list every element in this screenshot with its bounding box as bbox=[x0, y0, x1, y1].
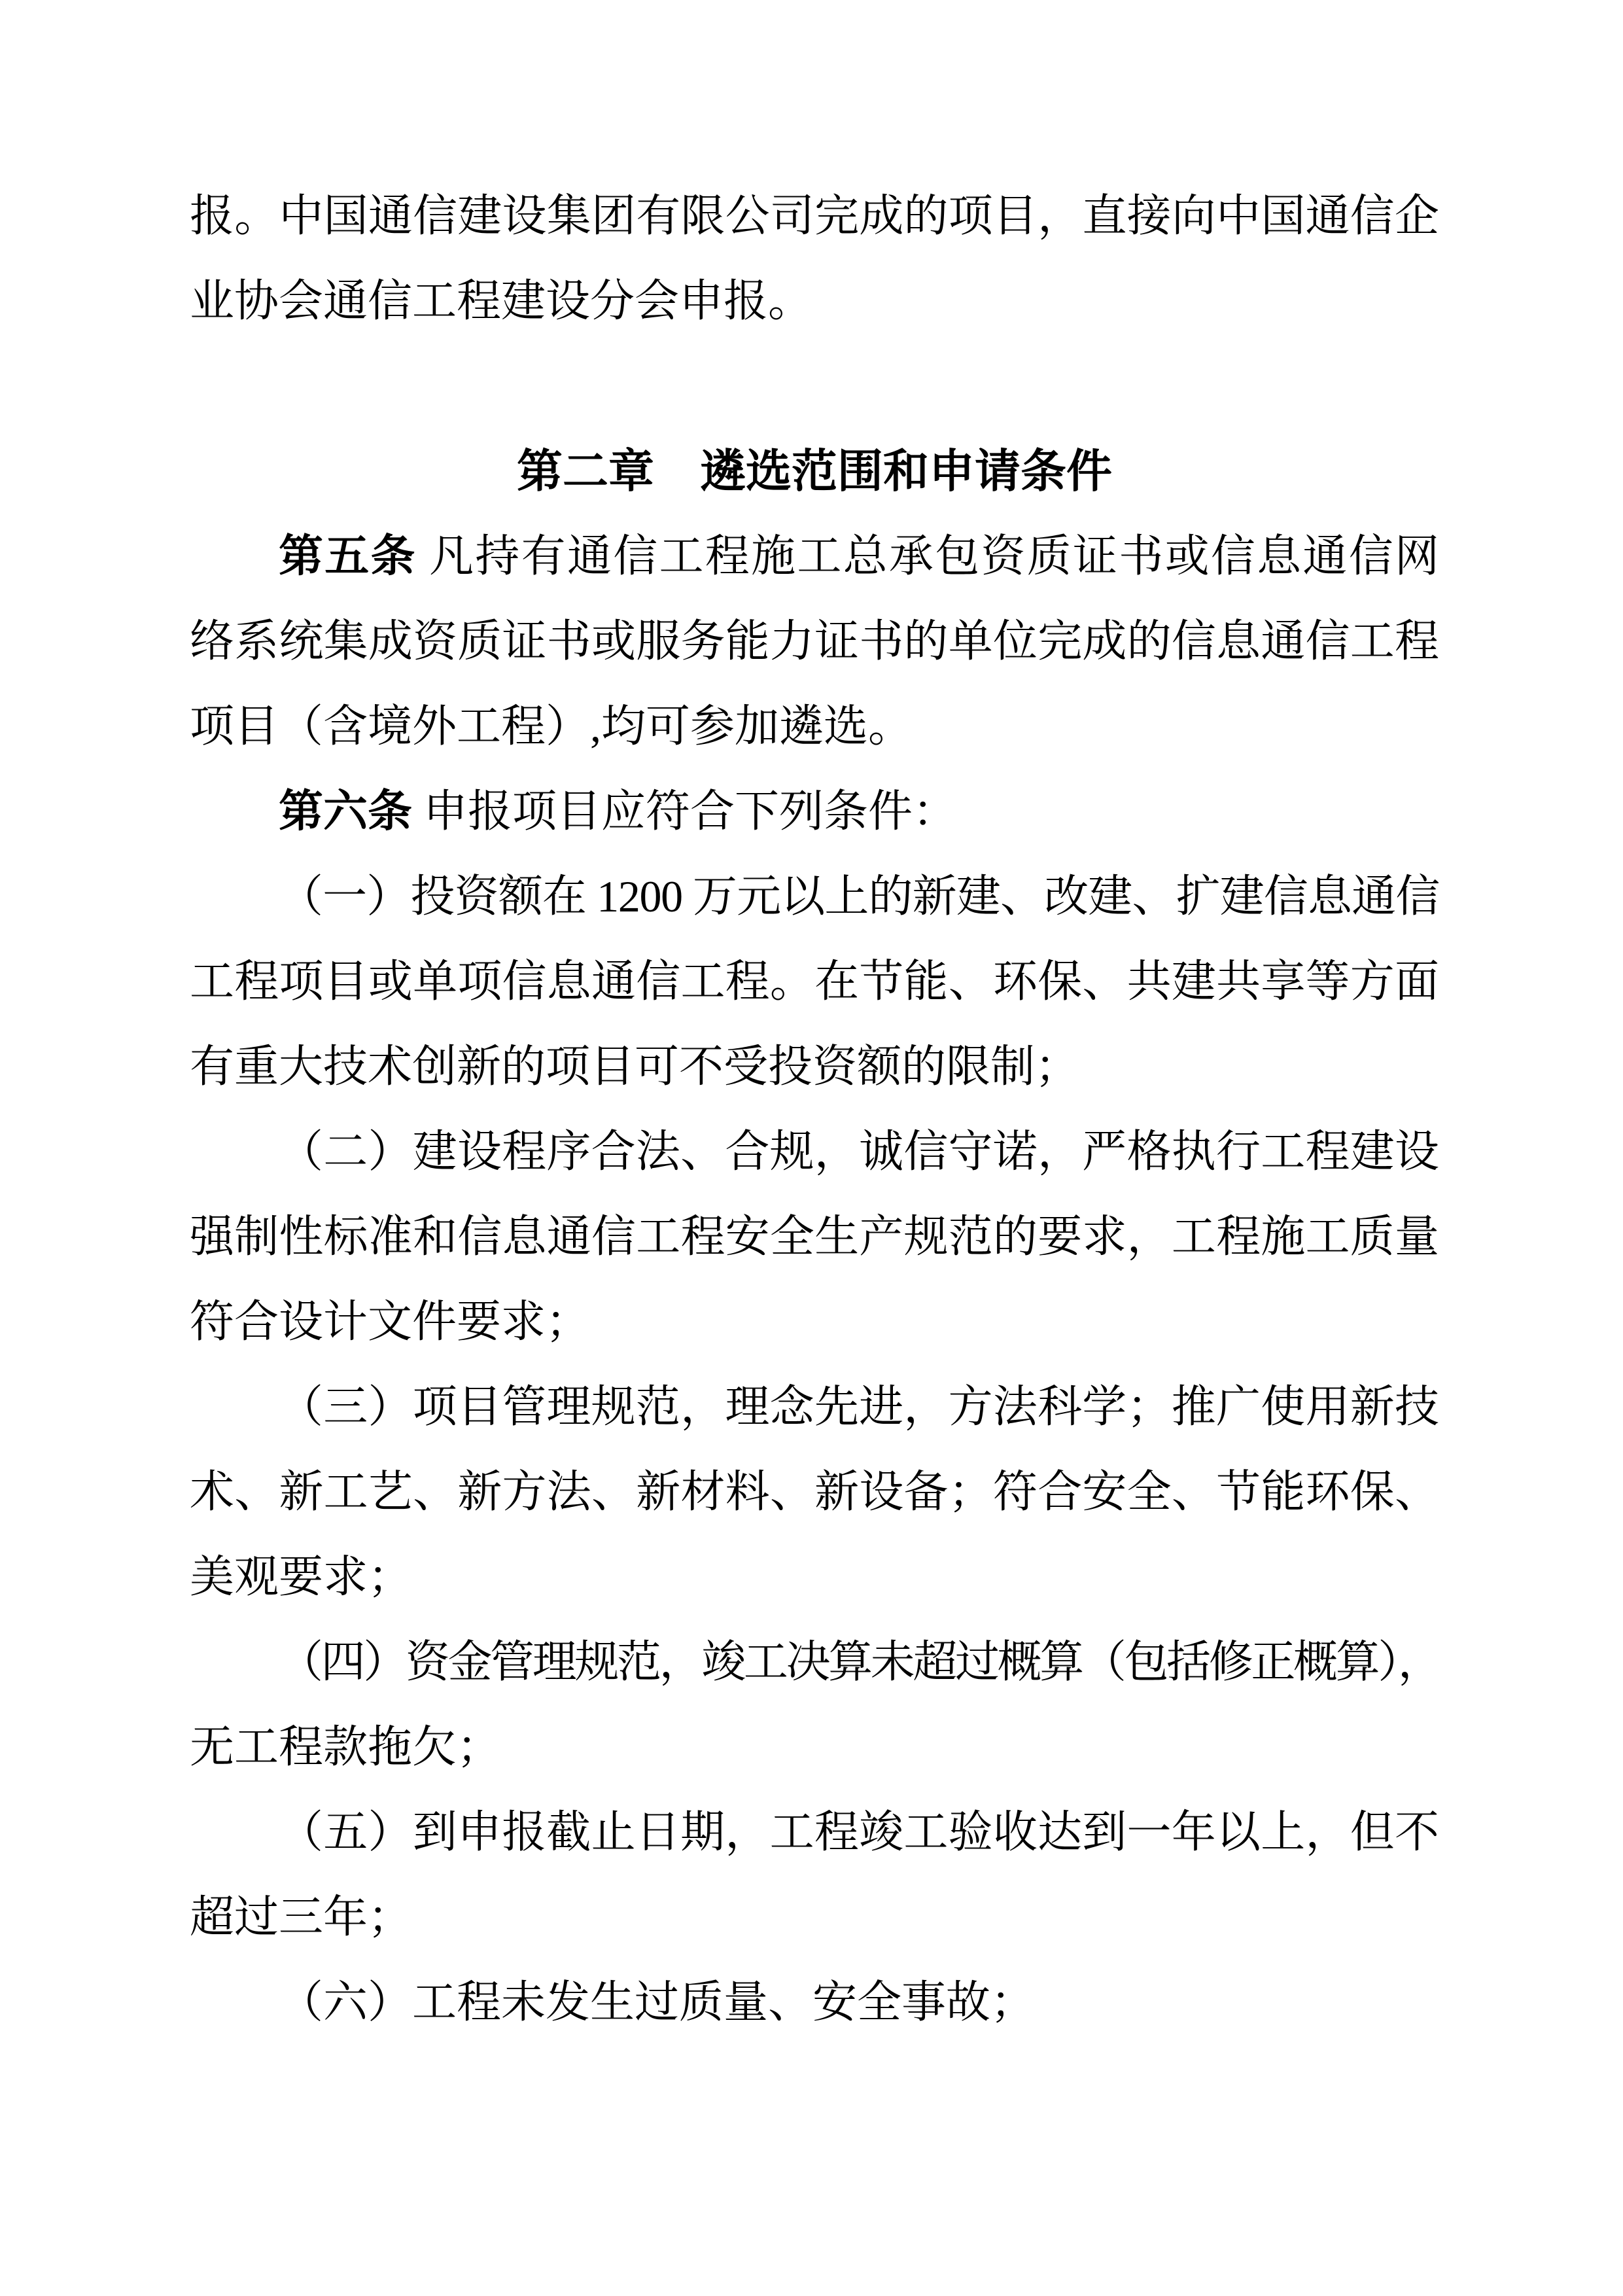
item-1-line-2: 工程项目或单项信息通信工程。在节能、环保、共建共享等方面 bbox=[190, 939, 1439, 1024]
item-3-line-2: 术、新工艺、新方法、新材料、新设备；符合安全、节能环保、 bbox=[190, 1449, 1439, 1534]
item-4-line-1: （四）资金管理规范，竣工决算未超过概算（包括修正概算）， bbox=[190, 1619, 1439, 1704]
article-6-text: 申报项目应符合下列条件： bbox=[412, 786, 957, 836]
article-5-line-2: 络系统集成资质证书或服务能力证书的单位完成的信息通信工程 bbox=[190, 599, 1439, 684]
item-2-line-3: 符合设计文件要求； bbox=[190, 1279, 1439, 1364]
item-4-line-2: 无工程款拖欠； bbox=[190, 1704, 1439, 1790]
item-3-line-3: 美观要求； bbox=[190, 1534, 1439, 1619]
chapter-heading: 第二章 遴选范围和申请条件 bbox=[190, 429, 1439, 514]
item-6-line-1: （六）工程未发生过质量、安全事故； bbox=[190, 1960, 1439, 2045]
item-1-line-1: （一）投资额在 1200 万元以上的新建、改建、扩建信息通信 bbox=[190, 854, 1439, 939]
item-2-line-1: （二）建设程序合法、合规，诚信守诺，严格执行工程建设 bbox=[190, 1109, 1439, 1194]
item-3-line-1: （三）项目管理规范，理念先进，方法科学；推广使用新技 bbox=[190, 1364, 1439, 1449]
paragraph-continuation-line: 报。中国通信建设集团有限公司完成的项目，直接向中国通信企 bbox=[190, 173, 1439, 258]
item-1-line-3: 有重大技术创新的项目可不受投资额的限制； bbox=[190, 1024, 1439, 1109]
item-2-line-2: 强制性标准和信息通信工程安全生产规范的要求，工程施工质量 bbox=[190, 1194, 1439, 1279]
item-5-line-1: （五）到申报截止日期，工程竣工验收达到一年以上，但不 bbox=[190, 1790, 1439, 1875]
article-5-line-1: 第五条 凡持有通信工程施工总承包资质证书或信息通信网 bbox=[190, 514, 1439, 599]
item-5-line-2: 超过三年； bbox=[190, 1875, 1439, 1960]
article-5-line-3: 项目（含境外工程）,均可参加遴选。 bbox=[190, 684, 1439, 769]
article-5-number: 第五条 bbox=[279, 531, 417, 582]
document-page: 报。中国通信建设集团有限公司完成的项目，直接向中国通信企 业协会通信工程建设分会… bbox=[0, 0, 1623, 2296]
article-5-text: 凡持有通信工程施工总承包资质证书或信息通信网 bbox=[417, 531, 1439, 581]
article-6-number: 第六条 bbox=[279, 786, 412, 838]
paragraph-end-line: 业协会通信工程建设分会申报。 bbox=[190, 258, 1439, 344]
blank-line bbox=[190, 344, 1439, 429]
article-6-line-1: 第六条 申报项目应符合下列条件： bbox=[190, 769, 1439, 854]
